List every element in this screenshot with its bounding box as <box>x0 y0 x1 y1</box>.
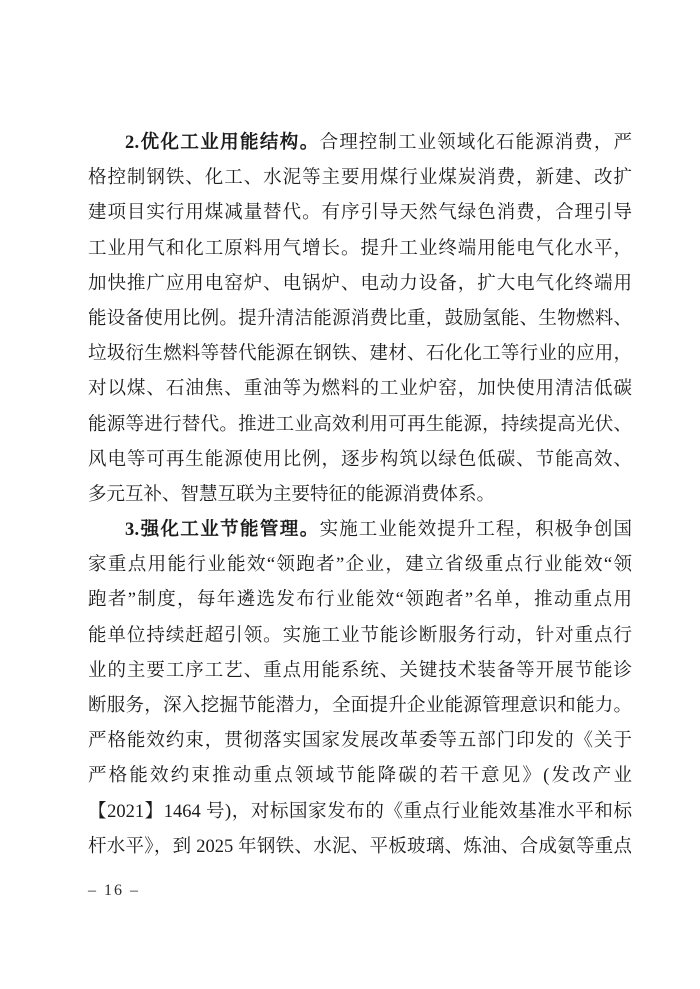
document-page: 2.优化工业用能结构。合理控制工业领域化石能源消费，严格控制钢铁、化工、水泥等主… <box>0 0 700 989</box>
text-line: 2.优化工业用能结构。合理控制工业领域化石能源消费，严 <box>88 126 632 161</box>
text-line: 加快推广应用电窑炉、电锅炉、电动力设备，扩大电气化终端用 <box>88 267 632 302</box>
text-line: 垃圾衍生燃料等替代能源在钢铁、建材、石化化工等行业的应用， <box>88 337 632 372</box>
text-line: 能单位持续赶超引领。实施工业节能诊断服务行动，针对重点行 <box>88 619 632 654</box>
line-text: 合理控制工业领域化石能源消费，严 <box>320 133 632 153</box>
text-line: 多元互补、智慧互联为主要特征的能源消费体系。 <box>88 478 632 513</box>
line-text: 垃圾衍生燃料等替代能源在钢铁、建材、石化化工等行业的应用， <box>88 344 632 364</box>
line-text: 实施工业能效提升工程，积极争创国 <box>320 520 632 540</box>
text-line: 断服务，深入挖掘节能潜力，全面提升企业能源管理意识和能力。 <box>88 689 632 724</box>
line-text: 对以煤、石油焦、重油等为燃料的工业炉窑，加快使用清洁低碳 <box>88 379 632 399</box>
text-line: 跑者”制度，每年遴选发布行业能效“领跑者”名单，推动重点用 <box>88 583 632 618</box>
line-text: 格控制钢铁、化工、水泥等主要用煤行业煤炭消费，新建、改扩 <box>88 168 632 188</box>
line-text: 严格能效约束，贯彻落实国家发展改革委等五部门印发的《关于 <box>88 731 632 751</box>
line-text: 工业用气和化工原料用气增长。提升工业终端用能电气化水平， <box>88 239 632 259</box>
text-line: 业的主要工序工艺、重点用能系统、关键技术装备等开展节能诊 <box>88 654 632 689</box>
text-line: 杆水平》，到 2025 年钢铁、水泥、平板玻璃、炼油、合成氨等重点 <box>88 830 632 865</box>
text-line: 建项目实行用煤减量替代。有序引导天然气绿色消费，合理引导 <box>88 196 632 231</box>
line-text: 严格能效约束推动重点领域节能降碳的若干意见》(发改产业 <box>88 766 632 786</box>
text-line: 家重点用能行业能效“领跑者”企业，建立省级重点行业能效“领 <box>88 548 632 583</box>
line-text: 断服务，深入挖掘节能潜力，全面提升企业能源管理意识和能力。 <box>88 696 632 716</box>
body-text: 2.优化工业用能结构。合理控制工业领域化石能源消费，严格控制钢铁、化工、水泥等主… <box>88 126 632 865</box>
line-text: 杆水平》，到 2025 年钢铁、水泥、平板玻璃、炼油、合成氨等重点 <box>88 837 632 857</box>
text-line: 对以煤、石油焦、重油等为燃料的工业炉窑，加快使用清洁低碳 <box>88 372 632 407</box>
page-number: – 16 – <box>88 880 140 902</box>
line-text: 风电等可再生能源使用比例，逐步构筑以绿色低碳、节能高效、 <box>88 450 632 470</box>
line-text: 多元互补、智慧互联为主要特征的能源消费体系。 <box>88 485 495 505</box>
line-text: 能设备使用比例。提升清洁能源消费比重，鼓励氢能、生物燃料、 <box>88 309 632 329</box>
text-line: 【2021】1464 号)，对标国家发布的《重点行业能效基准水平和标 <box>88 795 632 830</box>
text-line: 严格能效约束，贯彻落实国家发展改革委等五部门印发的《关于 <box>88 724 632 759</box>
paragraph-lead-bold: 2.优化工业用能结构。 <box>125 133 320 153</box>
text-line: 能设备使用比例。提升清洁能源消费比重，鼓励氢能、生物燃料、 <box>88 302 632 337</box>
line-text: 能单位持续赶超引领。实施工业节能诊断服务行动，针对重点行 <box>88 626 632 646</box>
line-text: 建项目实行用煤减量替代。有序引导天然气绿色消费，合理引导 <box>88 203 632 223</box>
text-line: 风电等可再生能源使用比例，逐步构筑以绿色低碳、节能高效、 <box>88 443 632 478</box>
line-text: 业的主要工序工艺、重点用能系统、关键技术装备等开展节能诊 <box>88 661 632 681</box>
text-line: 工业用气和化工原料用气增长。提升工业终端用能电气化水平， <box>88 232 632 267</box>
text-line: 能源等进行替代。推进工业高效利用可再生能源，持续提高光伏、 <box>88 408 632 443</box>
paragraph-lead-bold: 3.强化工业节能管理。 <box>125 520 320 540</box>
line-text: 能源等进行替代。推进工业高效利用可再生能源，持续提高光伏、 <box>88 415 632 435</box>
text-line: 3.强化工业节能管理。实施工业能效提升工程，积极争创国 <box>88 513 632 548</box>
line-text: 跑者”制度，每年遴选发布行业能效“领跑者”名单，推动重点用 <box>88 590 632 610</box>
line-text: 家重点用能行业能效“领跑者”企业，建立省级重点行业能效“领 <box>88 555 632 575</box>
text-line: 格控制钢铁、化工、水泥等主要用煤行业煤炭消费，新建、改扩 <box>88 161 632 196</box>
line-text: 【2021】1464 号)，对标国家发布的《重点行业能效基准水平和标 <box>88 802 632 822</box>
text-line: 严格能效约束推动重点领域节能降碳的若干意见》(发改产业 <box>88 759 632 794</box>
line-text: 加快推广应用电窑炉、电锅炉、电动力设备，扩大电气化终端用 <box>88 274 632 294</box>
